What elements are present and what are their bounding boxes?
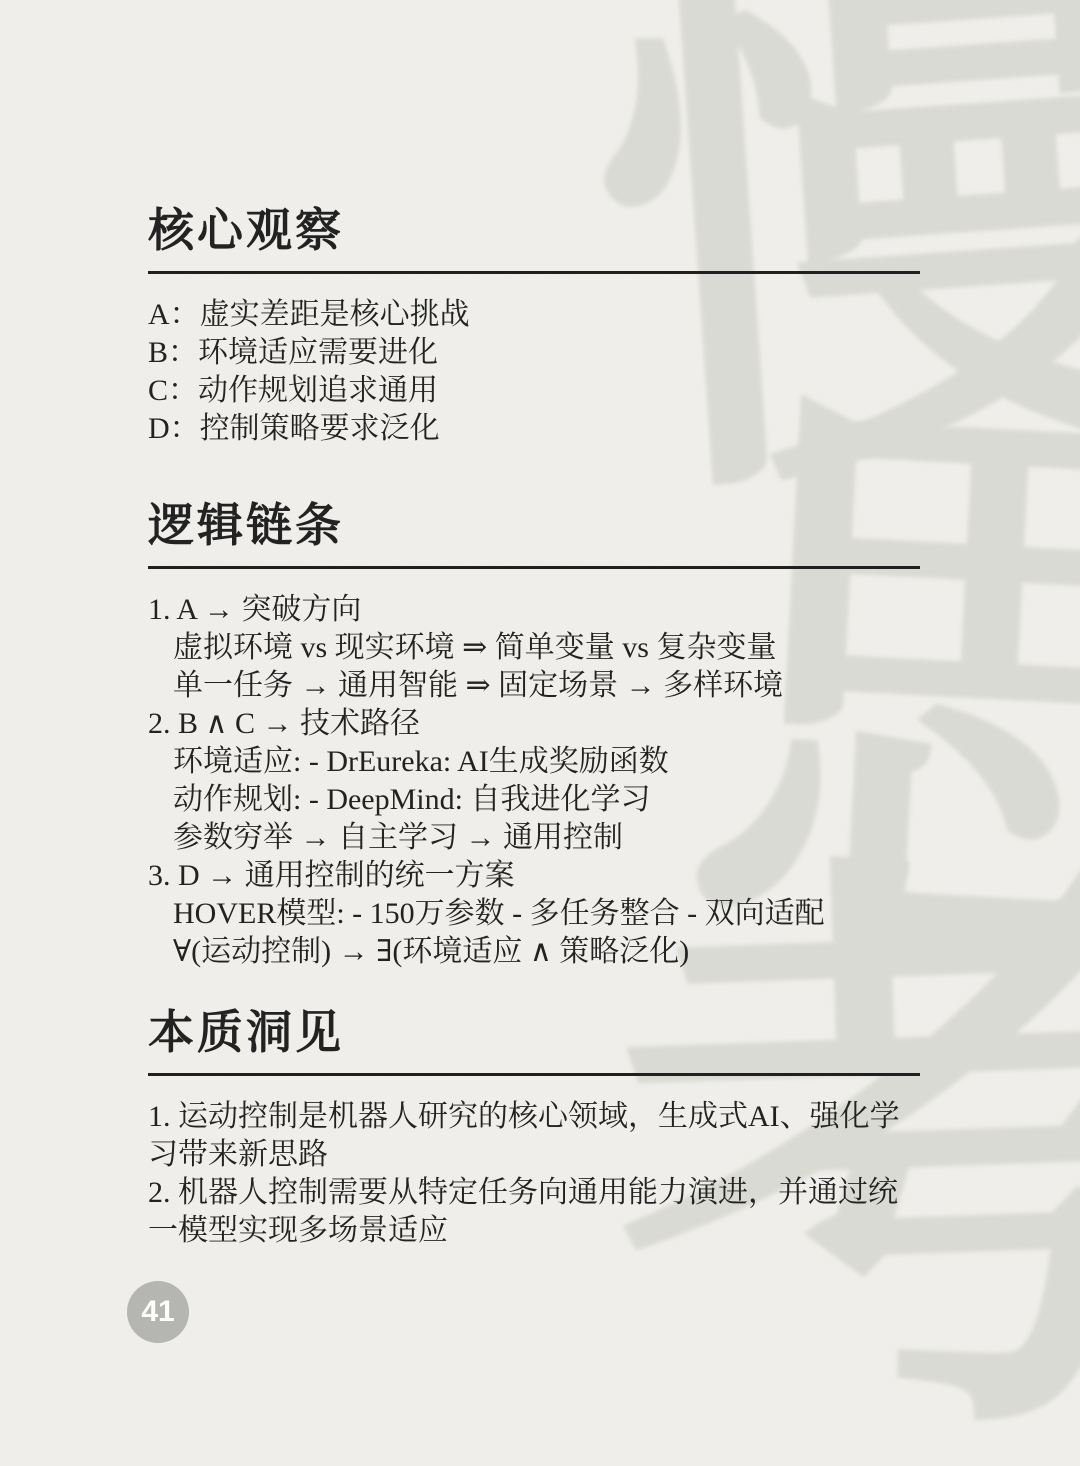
logic-entry-3: 3. D → 通用控制的统一方案 HOVER模型: - 150万参数 - 多任务… [148, 857, 920, 971]
logic-entry-subline: 动作规划: - DeepMind: 自我进化学习 [148, 781, 920, 819]
logic-entry-subline: 参数穷举 → 自主学习 → 通用控制 [148, 819, 920, 857]
logic-entry-1: 1. A → 突破方向 虚拟环境 vs 现实环境 ⇒ 简单变量 vs 复杂变量 … [148, 591, 920, 705]
logic-chain-list: 1. A → 突破方向 虚拟环境 vs 现实环境 ⇒ 简单变量 vs 复杂变量 … [148, 591, 920, 971]
logic-entry-lead: 3. D → 通用控制的统一方案 [148, 857, 920, 895]
logic-entry-lead: 2. B ∧ C → 技术路径 [148, 705, 920, 743]
page-body: 核心观察 A：虚实差距是核心挑战 B：环境适应需要进化 C：动作规划追求通用 D… [0, 0, 1080, 1250]
logic-entry-lead: 1. A → 突破方向 [148, 591, 920, 629]
page-number: 41 [141, 1295, 174, 1329]
insight-paragraphs: 1. 运动控制是机器人研究的核心领域，生成式AI、强化学习带来新思路 2. 机器… [148, 1098, 920, 1250]
logic-entry-subline: 单一任务 → 通用智能 ⇒ 固定场景 → 多样环境 [148, 667, 920, 705]
section-core-observations: 核心观察 A：虚实差距是核心挑战 B：环境适应需要进化 C：动作规划追求通用 D… [148, 205, 920, 448]
insight-paragraph-1: 1. 运动控制是机器人研究的核心领域，生成式AI、强化学习带来新思路 [148, 1098, 920, 1174]
logic-entry-subline: HOVER模型: - 150万参数 - 多任务整合 - 双向适配 [148, 895, 920, 933]
logic-entry-2: 2. B ∧ C → 技术路径 环境适应: - DrEureka: AI生成奖励… [148, 705, 920, 857]
observation-item-d: D：控制策略要求泛化 [148, 410, 920, 448]
essential-insights-title: 本质洞见 [148, 1007, 920, 1059]
core-observations-title: 核心观察 [148, 205, 920, 257]
observation-item-a: A：虚实差距是核心挑战 [148, 296, 920, 334]
section-underline [148, 566, 920, 569]
observation-item-b: B：环境适应需要进化 [148, 334, 920, 372]
page-number-badge: 41 [127, 1281, 189, 1343]
section-essential-insights: 本质洞见 1. 运动控制是机器人研究的核心领域，生成式AI、强化学习带来新思路 … [148, 1007, 920, 1250]
logic-entry-subline: 虚拟环境 vs 现实环境 ⇒ 简单变量 vs 复杂变量 [148, 629, 920, 667]
logic-entry-subline: 环境适应: - DrEureka: AI生成奖励函数 [148, 743, 920, 781]
logic-entry-subline: ∀(运动控制) → ∃(环境适应 ∧ 策略泛化) [148, 933, 920, 971]
section-underline [148, 1073, 920, 1076]
observation-item-c: C：动作规划追求通用 [148, 372, 920, 410]
logic-chain-title: 逻辑链条 [148, 500, 920, 552]
observation-list: A：虚实差距是核心挑战 B：环境适应需要进化 C：动作规划追求通用 D：控制策略… [148, 296, 920, 448]
insight-paragraph-2: 2. 机器人控制需要从特定任务向通用能力演进，并通过统一模型实现多场景适应 [148, 1174, 920, 1250]
section-logic-chain: 逻辑链条 1. A → 突破方向 虚拟环境 vs 现实环境 ⇒ 简单变量 vs … [148, 500, 920, 971]
section-underline [148, 271, 920, 274]
